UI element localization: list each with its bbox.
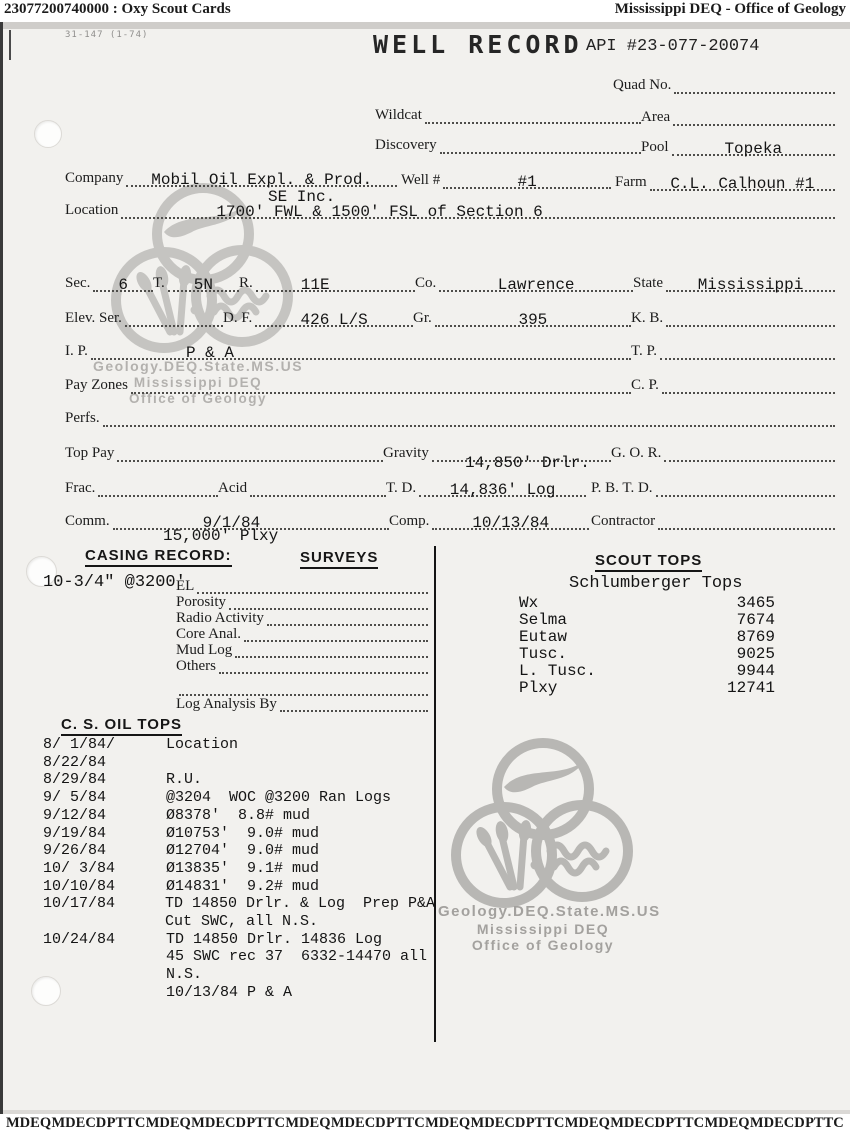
- field-value: #1: [518, 174, 537, 190]
- scout-card-page: 23077200740000 : Oxy Scout Cards Mississ…: [0, 0, 850, 1133]
- entry-date: 9/ 5/84: [43, 789, 166, 807]
- entry-line: Ø12704' 9.0# mud: [166, 842, 319, 860]
- entry-date: 9/26/84: [43, 842, 166, 860]
- oil-top-entry: 9/26/84Ø12704' 9.0# mud: [43, 842, 435, 860]
- entry-lines: Ø8378' 8.8# mud: [166, 807, 310, 825]
- document-id: 23077200740000 : Oxy Scout Cards: [4, 1, 231, 18]
- footer-token: MDEQ: [565, 1115, 610, 1132]
- scout-top-row: Plxy12741: [519, 679, 775, 696]
- field-df: D. F. 426 L/S: [223, 303, 413, 327]
- field-label: Area: [641, 109, 673, 126]
- field-pbtd: P. B. T. D.: [591, 473, 835, 497]
- entry-lines: TD 14850 Drlr. 14836 Log45 SWC rec 37 63…: [166, 931, 427, 1002]
- field-gr: Gr. 395: [413, 303, 631, 327]
- field-label: Well #: [401, 172, 443, 189]
- field-location: Location 1700' FWL & 1500' FSL of Sectio…: [65, 195, 835, 219]
- formation-depth: 9944: [737, 662, 775, 679]
- header-bar: 23077200740000 : Oxy Scout Cards Mississ…: [0, 0, 850, 22]
- field-top-pay: Top Pay: [65, 438, 383, 462]
- survey-label: Core Anal.: [176, 627, 244, 642]
- formation-depth: 12741: [727, 679, 775, 696]
- field-value: 395: [518, 312, 547, 328]
- footer-token: PTTC: [665, 1115, 704, 1132]
- field-label: Company: [65, 170, 126, 187]
- form-number: 31-147 (1-74): [65, 30, 148, 40]
- scout-top-row: Eutaw8769: [519, 628, 775, 645]
- casing-record-title: CASING RECORD:: [85, 547, 232, 567]
- footer-bar: MDEQMDECDPTTCMDEQMDECDPTTCMDEQMDECDPTTCM…: [0, 1114, 850, 1133]
- footer-token: PTTC: [386, 1115, 425, 1132]
- scout-top-row: Tusc.9025: [519, 645, 775, 662]
- formation-depth: 9025: [737, 645, 775, 662]
- field-comm-line2: 15,000' Plxy: [163, 527, 278, 545]
- field-label: Comm.: [65, 513, 113, 530]
- entry-lines: Ø12704' 9.0# mud: [166, 842, 319, 860]
- survey-label: Porosity: [176, 595, 229, 610]
- entry-date: 10/ 3/84: [43, 860, 166, 878]
- field-value: 6: [118, 277, 128, 293]
- formation-name: L. Tusc.: [519, 662, 596, 679]
- field-label: Sec.: [65, 275, 93, 292]
- formation-depth: 3465: [737, 594, 775, 611]
- entry-line: Location: [166, 736, 238, 754]
- field-ip: I. P. P & A: [65, 336, 631, 360]
- survey-dotted-line: [219, 656, 428, 674]
- entry-line: Cut SWC, all N.S.: [165, 913, 435, 931]
- field-comp: Comp. 10/13/84: [389, 506, 589, 530]
- formation-name: Selma: [519, 611, 567, 628]
- entry-line: R.U.: [166, 771, 202, 789]
- field-frac: Frac.: [65, 473, 218, 497]
- field-label: Elev. Ser.: [65, 310, 125, 327]
- oil-top-entry: 10/ 3/84Ø13835' 9.1# mud: [43, 860, 435, 878]
- entry-line: N.S.: [166, 966, 427, 984]
- field-value: 426 L/S: [301, 312, 368, 328]
- field-td-drlr: 14,850' Drlr.: [465, 454, 590, 472]
- oil-top-entry: 10/10/84Ø14831' 9.2# mud: [43, 878, 435, 896]
- footer-token: MDECD: [610, 1115, 665, 1132]
- field-label: Discovery: [375, 137, 440, 154]
- field-value: C.L. Calhoun #1: [670, 176, 814, 192]
- field-value: 1700' FWL & 1500' FSL of Section 6: [216, 204, 542, 220]
- scout-tops-subtitle: Schlumberger Tops: [569, 574, 742, 593]
- field-label: R.: [239, 275, 256, 292]
- entry-date: 10/10/84: [43, 878, 166, 896]
- entry-line: Ø13835' 9.1# mud: [166, 860, 319, 878]
- entry-date: 8/22/84: [43, 754, 166, 772]
- footer-token: PTTC: [526, 1115, 565, 1132]
- field-label: Quad No.: [613, 77, 674, 94]
- footer-token: MDECD: [331, 1115, 386, 1132]
- field-acid: Acid: [218, 473, 386, 497]
- scout-top-row: Wx3465: [519, 594, 775, 611]
- surveys-list: ELPorosityRadio ActivityCore Anal.Mud Lo…: [176, 578, 428, 712]
- oil-tops-entries: 8/ 1/84/Location8/22/848/29/84R.U.9/ 5/8…: [43, 736, 435, 1002]
- footer-token: MDECD: [51, 1115, 106, 1132]
- entry-lines: Location: [166, 736, 238, 754]
- entry-line: @3204 WOC @3200 Ran Logs: [166, 789, 391, 807]
- field-label: T. D.: [386, 480, 419, 497]
- field-contractor: Contractor: [591, 506, 835, 530]
- field-label: State: [633, 275, 666, 292]
- field-quad-no: Quad No.: [613, 70, 835, 94]
- field-label: T.: [153, 275, 168, 292]
- entry-line: Ø8378' 8.8# mud: [166, 807, 310, 825]
- entry-date: 10/17/84: [43, 895, 165, 930]
- page-title: WELL RECORD: [373, 30, 583, 59]
- field-td: T. D. 14,836' Log: [386, 473, 586, 497]
- footer-token: MDEQ: [704, 1115, 749, 1132]
- field-tp: T. P.: [631, 336, 835, 360]
- field-well-number: Well # #1: [401, 165, 611, 189]
- survey-label: Others: [176, 659, 219, 674]
- field-label: Frac.: [65, 480, 98, 497]
- entry-line: 10/13/84 P & A: [166, 984, 427, 1002]
- watermark-office-text: Office of Geology: [438, 937, 648, 953]
- field-label: Top Pay: [65, 445, 117, 462]
- field-label: Acid: [218, 480, 250, 497]
- field-perfs: Perfs.: [65, 403, 835, 427]
- field-label: Co.: [415, 275, 439, 292]
- entry-date: 9/19/84: [43, 825, 166, 843]
- field-wildcat: Wildcat: [375, 100, 641, 124]
- field-value: Mobil Oil Expl. & Prod.: [151, 172, 372, 188]
- oil-top-entry: 10/24/84TD 14850 Drlr. 14836 Log45 SWC r…: [43, 931, 435, 1002]
- footer-token: PTTC: [805, 1115, 844, 1132]
- footer-token: MDECD: [471, 1115, 526, 1132]
- footer-token: MDEQ: [6, 1115, 51, 1132]
- formation-name: Tusc.: [519, 645, 567, 662]
- field-gor: G. O. R.: [611, 438, 835, 462]
- field-cp: C. P.: [631, 370, 835, 394]
- field-area: Area: [641, 102, 835, 126]
- oil-tops-title: C. S. OIL TOPS: [61, 716, 182, 736]
- survey-label: EL: [176, 579, 197, 594]
- survey-row: Log Analysis By: [176, 696, 428, 712]
- formation-depth: 7674: [737, 611, 775, 628]
- field-value: 11E: [301, 277, 330, 293]
- oil-top-entry: 8/22/84: [43, 754, 435, 772]
- casing-record-entry: 10-3/4" @3200': [43, 573, 186, 592]
- oil-top-entry: 9/19/84Ø10753' 9.0# mud: [43, 825, 435, 843]
- api-number: API #23-077-20074: [586, 37, 759, 56]
- formation-name: Plxy: [519, 679, 557, 696]
- field-label: Wildcat: [375, 107, 425, 124]
- scout-top-row: L. Tusc.9944: [519, 662, 775, 679]
- field-label: Pay Zones: [65, 377, 131, 394]
- oil-top-entry: 8/29/84R.U.: [43, 771, 435, 789]
- footer-token: PTTC: [107, 1115, 146, 1132]
- entry-lines: @3204 WOC @3200 Ran Logs: [166, 789, 391, 807]
- entry-date: 8/29/84: [43, 771, 166, 789]
- footer-token: MDEQ: [285, 1115, 330, 1132]
- entry-line: TD 14850 Drlr. & Log Prep P&A: [165, 895, 435, 913]
- field-label: Perfs.: [65, 410, 103, 427]
- oil-top-entry: 9/12/84Ø8378' 8.8# mud: [43, 807, 435, 825]
- watermark-url-text: Geology.DEQ.State.MS.US: [438, 903, 648, 920]
- field-value: 10/13/84: [472, 515, 549, 531]
- field-value: 14,836' Log: [450, 482, 556, 498]
- scanned-card: Geology.DEQ.State.MS.US Mississippi DEQ …: [0, 22, 850, 1114]
- field-range: R. 11E: [239, 268, 415, 292]
- oil-top-entry: 10/17/84TD 14850 Drlr. & Log Prep P&ACut…: [43, 895, 435, 930]
- entry-lines: Ø10753' 9.0# mud: [166, 825, 319, 843]
- field-farm: Farm C.L. Calhoun #1: [615, 167, 835, 191]
- field-value: Lawrence: [498, 277, 575, 293]
- entry-line: 45 SWC rec 37 6332-14470 all: [166, 948, 427, 966]
- scout-tops-table: Wx3465Selma7674Eutaw8769Tusc.9025L. Tusc…: [519, 594, 775, 696]
- footer-token: PTTC: [246, 1115, 285, 1132]
- field-value: 5N: [194, 277, 213, 293]
- field-value: Mississippi: [698, 277, 804, 293]
- entry-date: 10/24/84: [43, 931, 166, 1002]
- field-label: Gr.: [413, 310, 435, 327]
- footer-token: MDECD: [191, 1115, 246, 1132]
- survey-dotted-line: [280, 694, 428, 712]
- field-label: Contractor: [591, 513, 658, 530]
- field-label: C. P.: [631, 377, 662, 394]
- field-elev-ser: Elev. Ser.: [65, 303, 223, 327]
- entry-line: Ø10753' 9.0# mud: [166, 825, 319, 843]
- field-pool: Pool Topeka: [641, 132, 835, 156]
- footer-token: MDEQ: [425, 1115, 470, 1132]
- agency-title: Mississippi DEQ - Office of Geology: [615, 1, 846, 18]
- formation-depth: 8769: [737, 628, 775, 645]
- field-label: T. P.: [631, 343, 660, 360]
- scan-corner-mark: [9, 30, 11, 60]
- field-township: T. 5N: [153, 268, 239, 292]
- oil-top-entry: 9/ 5/84@3204 WOC @3200 Ran Logs: [43, 789, 435, 807]
- watermark-agency-text: Mississippi DEQ: [438, 921, 648, 937]
- entry-line: Ø14831' 9.2# mud: [166, 878, 319, 896]
- entry-date: 9/12/84: [43, 807, 166, 825]
- field-state: State Mississippi: [633, 268, 835, 292]
- footer-token: MDEQ: [146, 1115, 191, 1132]
- field-discovery: Discovery: [375, 130, 641, 154]
- field-label: Farm: [615, 174, 650, 191]
- field-value: Topeka: [724, 141, 782, 157]
- field-label: D. F.: [223, 310, 255, 327]
- entry-line: TD 14850 Drlr. 14836 Log: [166, 931, 427, 949]
- formation-name: Eutaw: [519, 628, 567, 645]
- field-kb: K. B.: [631, 303, 835, 327]
- entry-lines: R.U.: [166, 771, 202, 789]
- field-value: P & A: [186, 345, 234, 361]
- scout-tops-title: SCOUT TOPS: [595, 552, 702, 572]
- deq-logo-watermark: [438, 735, 648, 915]
- field-label: K. B.: [631, 310, 666, 327]
- scan-edge-top: [3, 22, 850, 29]
- field-label: Gravity: [383, 445, 432, 462]
- punch-hole: [34, 120, 62, 148]
- entry-date: 8/ 1/84/: [43, 736, 166, 754]
- entry-lines: Ø13835' 9.1# mud: [166, 860, 319, 878]
- survey-label: Log Analysis By: [176, 697, 280, 712]
- formation-name: Wx: [519, 594, 538, 611]
- field-label: G. O. R.: [611, 445, 664, 462]
- survey-row: Others: [176, 658, 428, 674]
- field-label: I. P.: [65, 343, 91, 360]
- field-label: P. B. T. D.: [591, 480, 656, 497]
- field-label: Pool: [641, 139, 672, 156]
- surveys-title: SURVEYS: [300, 549, 378, 569]
- field-company: Company Mobil Oil Expl. & Prod.: [65, 163, 397, 187]
- scout-top-row: Selma7674: [519, 611, 775, 628]
- oil-top-entry: 8/ 1/84/Location: [43, 736, 435, 754]
- field-county: Co. Lawrence: [415, 268, 633, 292]
- field-label: Location: [65, 202, 121, 219]
- footer-token: MDECD: [750, 1115, 805, 1132]
- field-section: Sec. 6: [65, 268, 153, 292]
- entry-lines: TD 14850 Drlr. & Log Prep P&ACut SWC, al…: [165, 895, 435, 930]
- field-label: Comp.: [389, 513, 432, 530]
- field-pay-zones: Pay Zones: [65, 370, 631, 394]
- entry-lines: Ø14831' 9.2# mud: [166, 878, 319, 896]
